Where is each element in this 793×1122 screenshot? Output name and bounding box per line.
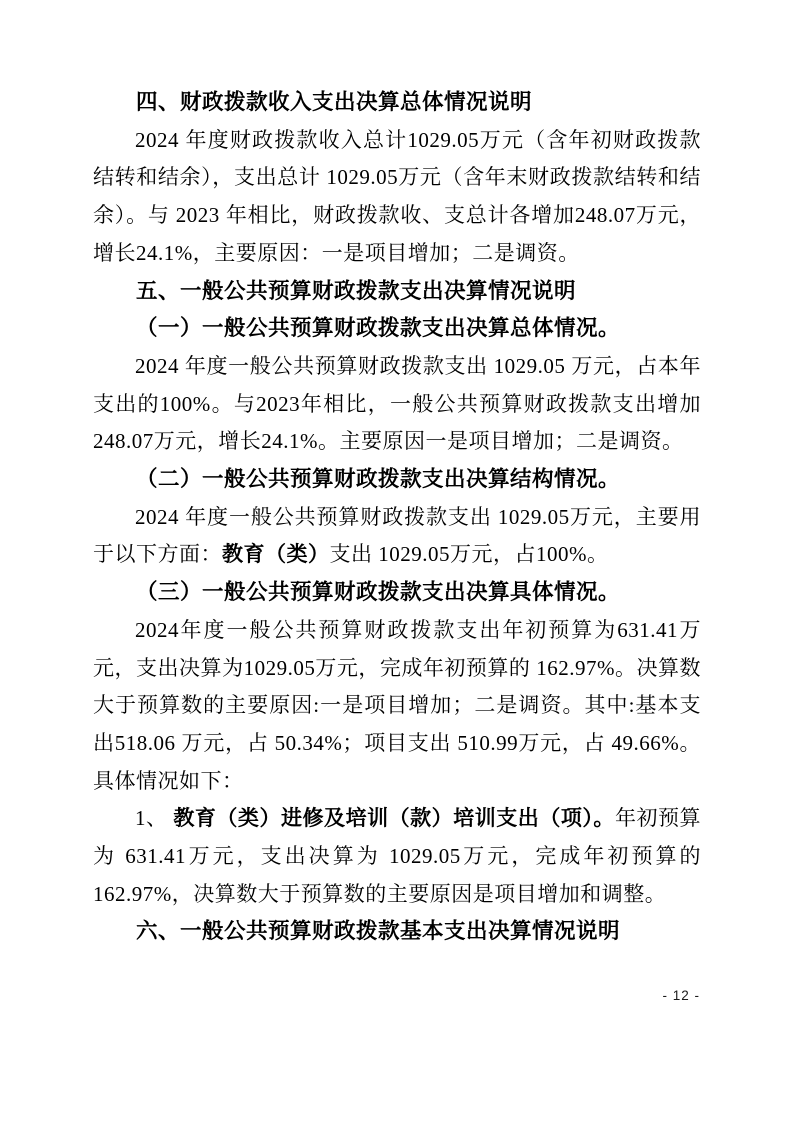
text-run: 2024 年度一般公共预算财政拨款支出 1029.05 万元，占本年支出的100…	[93, 354, 701, 453]
text-run-bold: 教育（类）进修及培训（款）培训支出（项）。	[173, 807, 615, 830]
body-paragraph-9: 1、 教育（类）进修及培训（款）培训支出（项）。年初预算为 631.41万元，支…	[93, 800, 701, 913]
text-run-bold: 五、一般公共预算财政拨款支出决算情况说明	[136, 279, 576, 303]
body-paragraph-1: 2024 年度财政拨款收入总计1029.05万元（含年初财政拨款结转和结余），支…	[93, 122, 701, 273]
section-heading-5: （二）一般公共预算财政拨款支出决算结构情况。	[93, 461, 701, 499]
document-content: 四、财政拨款收入支出决算总体情况说明2024 年度财政拨款收入总计1029.05…	[93, 84, 701, 951]
body-paragraph-8: 2024年度一般公共预算财政拨款支出年初预算为631.41万元，支出决算为102…	[93, 612, 701, 801]
section-heading-0: 四、财政拨款收入支出决算总体情况说明	[93, 84, 701, 122]
text-run: 支出 1029.05万元，占100%。	[330, 542, 609, 566]
page-number: - 12 -	[662, 988, 700, 1003]
section-heading-3: （一）一般公共预算财政拨款支出决算总体情况。	[93, 310, 701, 348]
text-run: 1、	[135, 806, 173, 830]
text-run-bold: （一）一般公共预算财政拨款支出决算总体情况。	[136, 316, 620, 340]
section-heading-2: 五、一般公共预算财政拨款支出决算情况说明	[93, 273, 701, 311]
text-run: 2024年度一般公共预算财政拨款支出年初预算为631.41万元，支出决算为102…	[93, 618, 701, 793]
text-run-bold: 教育（类）	[222, 543, 330, 566]
section-heading-10: 六、一般公共预算财政拨款基本支出决算情况说明	[93, 913, 701, 951]
text-run-bold: 六、一般公共预算财政拨款基本支出决算情况说明	[136, 919, 620, 943]
body-paragraph-6: 2024 年度一般公共预算财政拨款支出 1029.05万元，主要用于以下方面：教…	[93, 499, 701, 574]
body-paragraph-4: 2024 年度一般公共预算财政拨款支出 1029.05 万元，占本年支出的100…	[93, 348, 701, 461]
text-run-bold: （三）一般公共预算财政拨款支出决算具体情况。	[136, 580, 620, 604]
section-heading-7: （三）一般公共预算财政拨款支出决算具体情况。	[93, 574, 701, 612]
text-run: 2024 年度财政拨款收入总计1029.05万元（含年初财政拨款结转和结余），支…	[93, 128, 701, 265]
text-run-bold: 四、财政拨款收入支出决算总体情况说明	[136, 90, 532, 114]
text-run-bold: （二）一般公共预算财政拨款支出决算结构情况。	[136, 467, 620, 491]
document-page: 四、财政拨款收入支出决算总体情况说明2024 年度财政拨款收入总计1029.05…	[0, 0, 793, 1122]
